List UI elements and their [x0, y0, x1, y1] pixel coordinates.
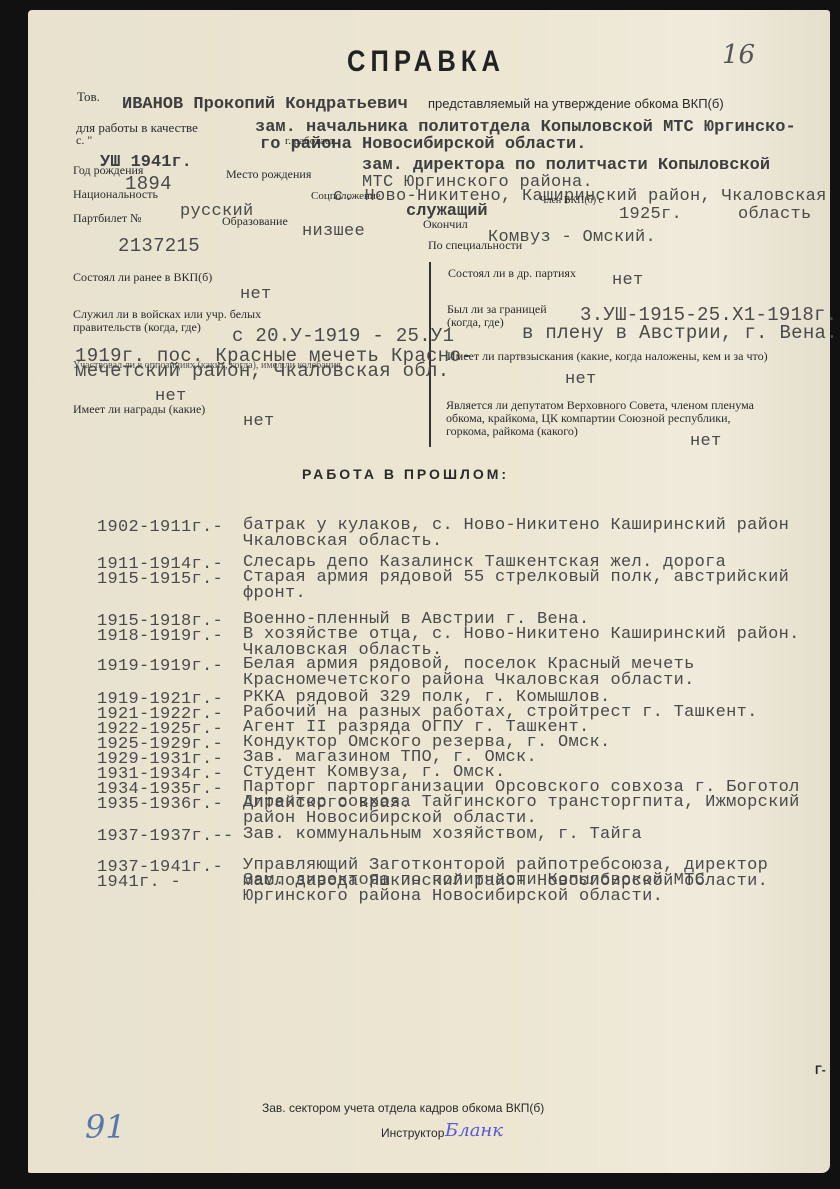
page-number: 16 [722, 40, 755, 70]
work-years: 1915-1915г.- [97, 570, 247, 589]
person-name: ИВАНОВ Прокопий Кондратьевич [122, 95, 408, 114]
since-label: с. " [76, 133, 92, 148]
member-since: 1925г. [619, 205, 682, 224]
work-description: Зам. директора по политчасти Копыловской… [243, 873, 803, 905]
q-other-parties-label: Состоял ли в др. партиях [448, 266, 576, 281]
q-prior-member-label: Состоял ли ранее в ВКП(б) [73, 270, 212, 285]
q-white-army-answer-3: мечетский район, Чкаловская обл. [75, 360, 449, 382]
work-years: 1937-1937г.-- [97, 827, 247, 846]
birthplace-label: Место рождения [226, 167, 311, 182]
q-penalties-answer: нет [565, 370, 597, 389]
work-history-title: РАБОТА В ПРОШЛОМ: [302, 466, 509, 482]
work-years: 1919-1919г.- [97, 657, 247, 676]
q-abroad-answer-2: в плену в Австрии, г. Вена. [522, 322, 838, 344]
works-label: г. работает [285, 135, 335, 147]
work-years: 1902-1911г.- [97, 518, 247, 537]
education-label: Образование [222, 214, 288, 229]
nationality-label: Национальность [73, 187, 158, 202]
archive-number: 91 [85, 1108, 126, 1146]
q-penalties-label: Имеет ли партвзыскания (какие, когда нал… [447, 350, 787, 363]
specialty-label: По специальности [428, 238, 522, 253]
position-label: для работы в качестве [76, 120, 198, 136]
education-value: низшее [302, 222, 365, 241]
tov-label: Тов. [77, 89, 100, 105]
work-description: Директор совхоза Тайгинского трансторгпи… [243, 795, 803, 827]
q-other-parties-answer: нет [612, 271, 644, 290]
work-description: батрак у кулаков, с. Ново-Никитено Кашир… [243, 518, 803, 550]
member-label: Член ВКП(б) с [540, 195, 603, 206]
graduated-label: Окончил [423, 217, 468, 232]
q-awards-answer: нет [243, 412, 275, 431]
work-years: 1918-1919г.- [97, 627, 247, 646]
party-card-label: Партбилет № [73, 211, 142, 226]
q-awards-label: Имеет ли награды (какие) [73, 402, 205, 417]
q-prior-member-answer: нет [240, 285, 272, 304]
margin-mark: Г- [815, 1063, 826, 1077]
q-white-army-answer-1: с 20.У-1919 - 25.У1 [232, 325, 454, 347]
work-description: Старая армия рядовой 55 стрелковый полк,… [243, 570, 803, 602]
work-years: 1935-1936г.- [97, 795, 247, 814]
instructor-label: Инструктор [381, 1126, 444, 1140]
document-title: СПРАВКА [347, 45, 505, 79]
birthplace-value-2: область [738, 205, 812, 224]
work-description: Зав. коммунальным хозяйством, г. Тайга [243, 827, 803, 843]
party-card-number: 2137215 [118, 235, 200, 257]
sector-label: Зав. сектором учета отдела кадров обкома… [262, 1101, 544, 1115]
work-years: 1941г. - [97, 873, 247, 892]
work-description: Белая армия рядовой, поселок Красный меч… [243, 657, 803, 689]
q-deputy-answer: нет [690, 432, 722, 451]
approval-label: представляемый на утверждение обкома ВКП… [428, 96, 724, 111]
instructor-signature: Бланк [445, 1120, 503, 1141]
